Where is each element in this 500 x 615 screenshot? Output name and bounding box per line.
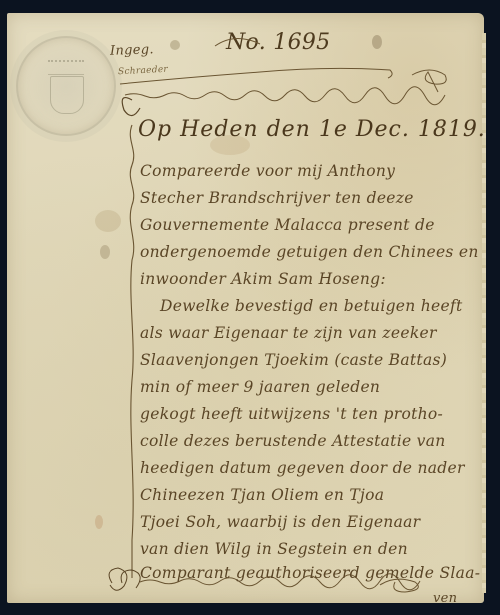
body-line-10: gekogt heeft uitwijzens 't ten protho- xyxy=(140,405,443,423)
body-line-7: als waar Eigenaar te zijn van zeeker xyxy=(140,324,437,342)
body-line-2: Stecher Brandschrijver ten deeze xyxy=(140,189,414,207)
scanned-document: Ingeg. Schraeder No. 1695 Op Heden den 1… xyxy=(0,0,500,615)
deed-heading: Op Heden den 1e Dec. 1819. xyxy=(138,117,486,142)
body-line-9: min of meer 9 jaaren geleden xyxy=(140,378,380,396)
body-line-15: van dien Wilg in Segstein en den xyxy=(140,540,408,558)
body-line-8: Slaavenjongen Tjoekim (caste Battas) xyxy=(140,351,447,369)
body-line-11: colle dezes berustende Attestatie van xyxy=(140,432,446,450)
body-line-1: Compareerde voor mij Anthony xyxy=(140,162,395,180)
body-line-6: Dewelke bevestigd en betuigen heeft xyxy=(160,297,463,315)
body-line-16: Comparant geauthoriseerd gemelde Slaa- xyxy=(140,564,480,582)
body-line-12: heedigen datum gegeven door de nader xyxy=(140,459,465,477)
body-line-4: ondergenoemde getuigen den Chinees en xyxy=(140,243,479,261)
continuation-catchword: ven xyxy=(433,591,457,606)
body-line-3: Gouvernemente Malacca present de xyxy=(140,216,435,234)
body-line-13: Chineezen Tjan Oliem en Tjoa xyxy=(140,486,384,504)
body-line-14: Tjoei Soh, waarbij is den Eigenaar xyxy=(140,513,420,531)
body-line-5: inwoonder Akim Sam Hoseng: xyxy=(140,270,386,288)
